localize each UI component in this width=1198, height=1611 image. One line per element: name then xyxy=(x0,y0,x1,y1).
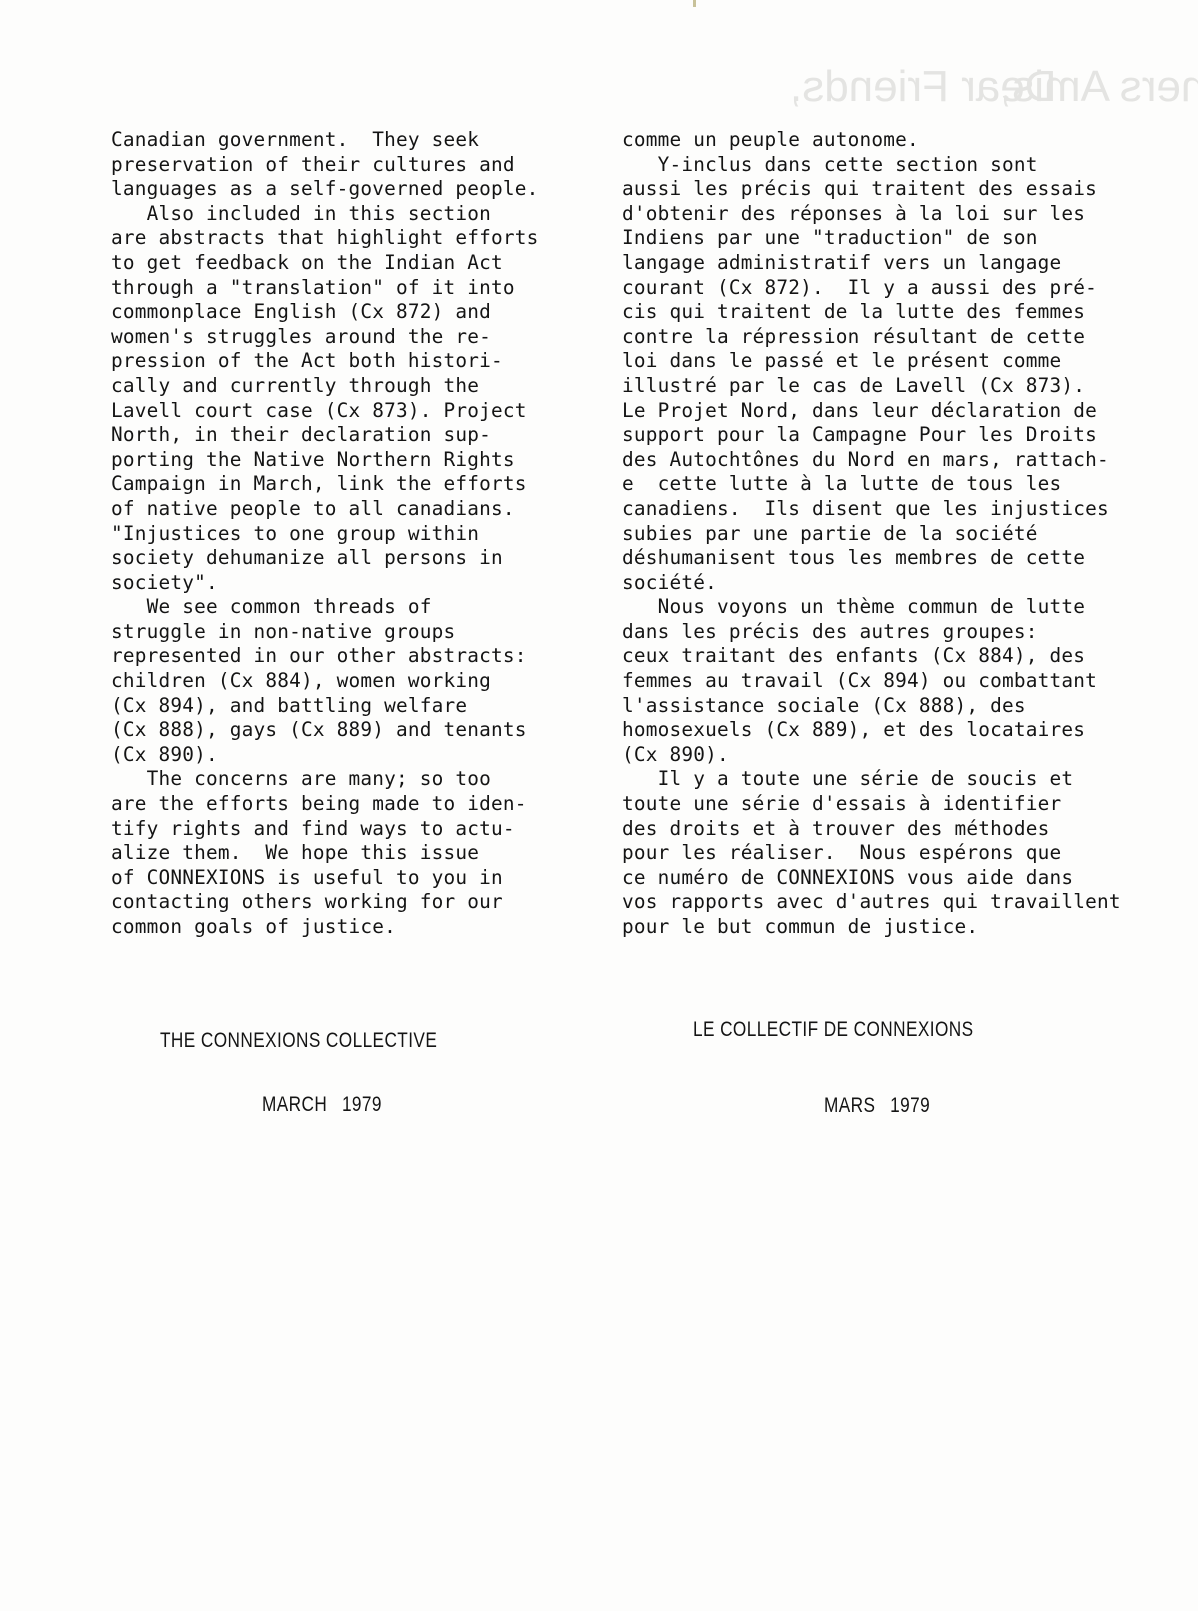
french-text-line: toute une série d'essais à identifier xyxy=(622,792,1162,817)
english-text-line: We see common threads of xyxy=(111,595,581,620)
english-text-line: of CONNEXIONS is useful to you in xyxy=(111,866,581,891)
english-text-line: (Cx 890). xyxy=(111,743,581,768)
english-text-line: are abstracts that highlight efforts xyxy=(111,226,581,251)
french-text-line: support pour la Campagne Pour les Droits xyxy=(622,423,1162,448)
english-text-line: The concerns are many; so too xyxy=(111,767,581,792)
document-page: Dear Friends, Chers Amis, Canadian gover… xyxy=(0,0,1198,1611)
english-column: Canadian government. They seekpreservati… xyxy=(111,128,581,940)
french-text-line: dans les précis des autres groupes: xyxy=(622,620,1162,645)
english-text-line: commonplace English (Cx 872) and xyxy=(111,300,581,325)
show-through-heading-english: Dear Friends, xyxy=(790,62,1057,112)
french-text-line: courant (Cx 872). Il y a aussi des pré- xyxy=(622,276,1162,301)
french-text-line: femmes au travail (Cx 894) ou combattant xyxy=(622,669,1162,694)
french-text-line: Il y a toute une série de soucis et xyxy=(622,767,1162,792)
english-text-line: cally and currently through the xyxy=(111,374,581,399)
french-text-line: pour le but commun de justice. xyxy=(622,915,1162,940)
french-text-line: langage administratif vers un langage xyxy=(622,251,1162,276)
french-text-line: canadiens. Ils disent que les injustices xyxy=(622,497,1162,522)
english-text-line: are the efforts being made to iden- xyxy=(111,792,581,817)
french-text-line: e cette lutte à la lutte de tous les xyxy=(622,472,1162,497)
french-column: comme un peuple autonome. Y-inclus dans … xyxy=(622,128,1162,940)
english-text-line: languages as a self-governed people. xyxy=(111,177,581,202)
english-text-line: North, in their declaration sup- xyxy=(111,423,581,448)
english-text-line: through a "translation" of it into xyxy=(111,276,581,301)
french-text-line: Le Projet Nord, dans leur déclaration de xyxy=(622,399,1162,424)
show-through-heading-french: Chers Amis, xyxy=(1000,62,1198,112)
french-text-line: société. xyxy=(622,571,1162,596)
english-text-line: society dehumanize all persons in xyxy=(111,546,581,571)
english-text-line: common goals of justice. xyxy=(111,915,581,940)
english-text-line: of native people to all canadians. xyxy=(111,497,581,522)
english-text-line: Campaign in March, link the efforts xyxy=(111,472,581,497)
french-text-line: (Cx 890). xyxy=(622,743,1162,768)
french-date: MARS1979 xyxy=(824,1094,930,1118)
english-text-line: Lavell court case (Cx 873). Project xyxy=(111,399,581,424)
english-text-line: tify rights and find ways to actu- xyxy=(111,817,581,842)
french-text-line: comme un peuple autonome. xyxy=(622,128,1162,153)
french-text-line: aussi les précis qui traitent des essais xyxy=(622,177,1162,202)
french-signature: LE COLLECTIF DE CONNEXIONS xyxy=(693,1018,974,1042)
english-text-line: struggle in non-native groups xyxy=(111,620,581,645)
english-text-line: Also included in this section xyxy=(111,202,581,227)
french-text-line: vos rapports avec d'autres qui travaille… xyxy=(622,890,1162,915)
english-text-line: Canadian government. They seek xyxy=(111,128,581,153)
french-text-line: loi dans le passé et le présent comme xyxy=(622,349,1162,374)
english-text-line: alize them. We hope this issue xyxy=(111,841,581,866)
english-text-line: children (Cx 884), women working xyxy=(111,669,581,694)
english-month: MARCH xyxy=(262,1093,327,1116)
french-text-line: déshumanisent tous les membres de cette xyxy=(622,546,1162,571)
french-text-line: l'assistance sociale (Cx 888), des xyxy=(622,694,1162,719)
french-year: 1979 xyxy=(890,1094,930,1117)
english-text-line: porting the Native Northern Rights xyxy=(111,448,581,473)
french-text-line: Indiens par une "traduction" de son xyxy=(622,226,1162,251)
french-text-line: ceux traitant des enfants (Cx 884), des xyxy=(622,644,1162,669)
french-text-line: subies par une partie de la société xyxy=(622,522,1162,547)
french-text-line: cis qui traitent de la lutte des femmes xyxy=(622,300,1162,325)
english-text-line: women's struggles around the re- xyxy=(111,325,581,350)
french-text-line: homosexuels (Cx 889), et des locataires xyxy=(622,718,1162,743)
english-year: 1979 xyxy=(342,1093,382,1116)
english-text-line: preservation of their cultures and xyxy=(111,153,581,178)
english-text-line: society". xyxy=(111,571,581,596)
english-signature: THE CONNEXIONS COLLECTIVE xyxy=(160,1029,437,1053)
french-text-line: Nous voyons un thème commun de lutte xyxy=(622,595,1162,620)
french-month: MARS xyxy=(824,1094,875,1117)
french-text-line: des Autochtônes du Nord en mars, rattach… xyxy=(622,448,1162,473)
french-text-line: contre la répression résultant de cette xyxy=(622,325,1162,350)
staple-mark xyxy=(693,0,696,7)
english-text-line: to get feedback on the Indian Act xyxy=(111,251,581,276)
french-text-line: Y-inclus dans cette section sont xyxy=(622,153,1162,178)
english-text-line: "Injustices to one group within xyxy=(111,522,581,547)
french-text-line: pour les réaliser. Nous espérons que xyxy=(622,841,1162,866)
english-text-line: pression of the Act both histori- xyxy=(111,349,581,374)
french-text-line: illustré par le cas de Lavell (Cx 873). xyxy=(622,374,1162,399)
english-text-line: represented in our other abstracts: xyxy=(111,644,581,669)
french-text-line: ce numéro de CONNEXIONS vous aide dans xyxy=(622,866,1162,891)
english-text-line: (Cx 894), and battling welfare xyxy=(111,694,581,719)
english-date: MARCH1979 xyxy=(262,1093,382,1117)
english-text-line: contacting others working for our xyxy=(111,890,581,915)
french-text-line: des droits et à trouver des méthodes xyxy=(622,817,1162,842)
english-text-line: (Cx 888), gays (Cx 889) and tenants xyxy=(111,718,581,743)
french-text-line: d'obtenir des réponses à la loi sur les xyxy=(622,202,1162,227)
